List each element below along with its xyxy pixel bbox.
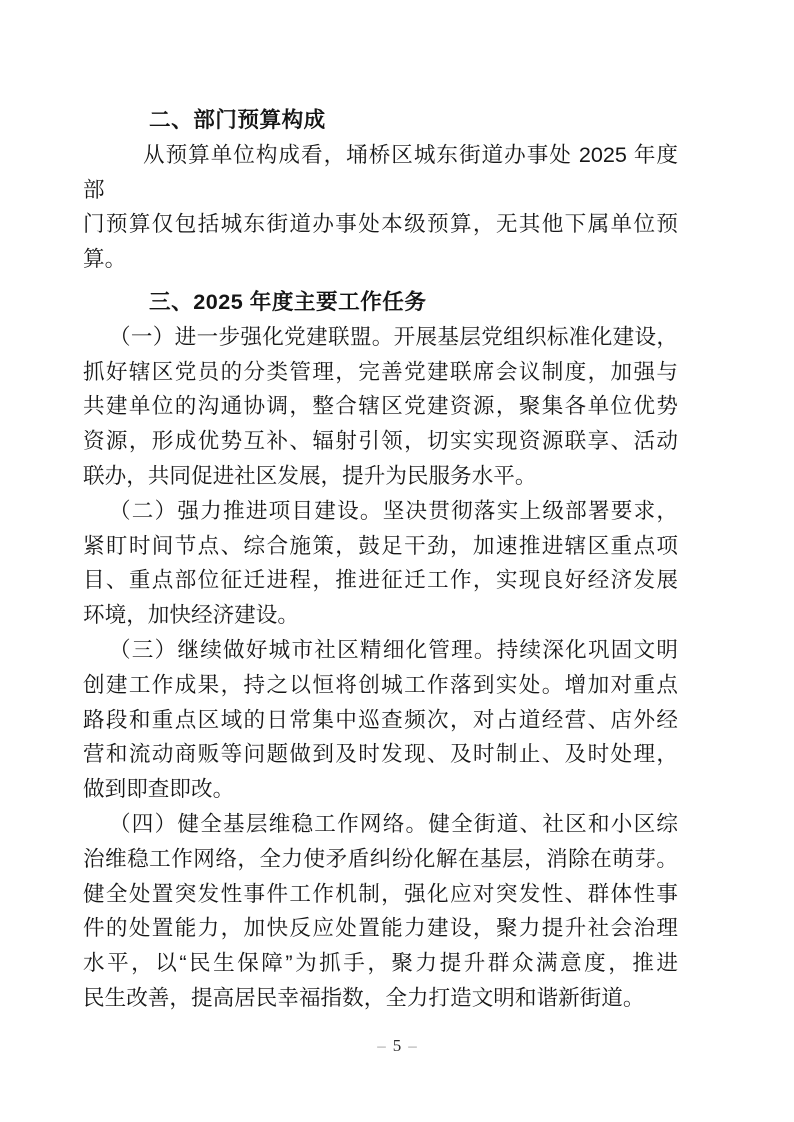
document-page: 二、部门预算构成从预算单位构成看，埇桥区城东街道办事处 2025 年度部门预算仅…: [0, 0, 794, 1122]
body-paragraph: （四）健全基层维稳工作网络。健全街道、社区和小区综治维稳工作网络，全力使矛盾纠纷…: [83, 807, 678, 1016]
section-heading: 二、部门预算构成: [83, 103, 678, 138]
text-line: （一）进一步强化党建联盟。开展基层党组织标准化建设，: [83, 320, 678, 355]
section-heading: 三、2025 年度主要工作任务: [83, 285, 678, 320]
text-line: 件的处置能力，加快反应处置能力建设，聚力提升社会治理: [83, 911, 678, 946]
text-line: （二）强力推进项目建设。坚决贯彻落实上级部署要求，: [83, 494, 678, 529]
text-line: 健全处置突发性事件工作机制，强化应对突发性、群体性事: [83, 877, 678, 912]
text-line: 紧盯时间节点、综合施策，鼓足干劲，加速推进辖区重点项: [83, 529, 678, 564]
page-number: –5–: [0, 1034, 794, 1058]
page-number-value: 5: [393, 1036, 402, 1055]
page-number-dash-right: –: [401, 1036, 424, 1055]
text-line: 营和流动商贩等问题做到及时发现、及时制止、及时处理，: [83, 737, 678, 772]
text-line: 治维稳工作网络，全力使矛盾纠纷化解在基层，消除在萌芽。: [83, 842, 678, 877]
text-line: 资源，形成优势互补、辐射引领，切实实现资源联享、活动: [83, 424, 678, 459]
body-paragraph: 从预算单位构成看，埇桥区城东街道办事处 2025 年度部门预算仅包括城东街道办事…: [83, 138, 678, 277]
page-number-dash-left: –: [370, 1036, 393, 1055]
text-line: （四）健全基层维稳工作网络。健全街道、社区和小区综: [83, 807, 678, 842]
body-paragraph: （三）继续做好城市社区精细化管理。持续深化巩固文明创建工作成果，持之以恒将创城工…: [83, 633, 678, 807]
text-line: 环境，加快经济建设。: [83, 598, 678, 633]
text-line: 创建工作成果，持之以恒将创城工作落到实处。增加对重点: [83, 668, 678, 703]
body-paragraph: （一）进一步强化党建联盟。开展基层党组织标准化建设，抓好辖区党员的分类管理，完善…: [83, 320, 678, 494]
body-paragraph: （二）强力推进项目建设。坚决贯彻落实上级部署要求，紧盯时间节点、综合施策，鼓足干…: [83, 494, 678, 633]
text-line: （三）继续做好城市社区精细化管理。持续深化巩固文明: [83, 633, 678, 668]
text-line: 共建单位的沟通协调，整合辖区党建资源，聚集各单位优势: [83, 389, 678, 424]
text-line: 民生改善，提高居民幸福指数，全力打造文明和谐新街道。: [83, 981, 678, 1016]
text-line: 目、重点部位征迁进程，推进征迁工作，实现良好经济发展: [83, 563, 678, 598]
text-line: 水平，以“民生保障”为抓手，聚力提升群众满意度，推进: [83, 946, 678, 981]
text-line: 路段和重点区域的日常集中巡查频次，对占道经营、店外经: [83, 703, 678, 738]
text-line: 做到即查即改。: [83, 772, 678, 807]
text-line: 抓好辖区党员的分类管理，完善党建联席会议制度，加强与: [83, 355, 678, 390]
text-line: 从预算单位构成看，埇桥区城东街道办事处 2025 年度部: [83, 138, 678, 208]
text-line: 门预算仅包括城东街道办事处本级预算，无其他下属单位预: [83, 207, 678, 242]
text-line: 算。: [83, 242, 678, 277]
text-line: 联办，共同促进社区发展，提升为民服务水平。: [83, 459, 678, 494]
page-content: 二、部门预算构成从预算单位构成看，埇桥区城东街道办事处 2025 年度部门预算仅…: [83, 103, 678, 1016]
